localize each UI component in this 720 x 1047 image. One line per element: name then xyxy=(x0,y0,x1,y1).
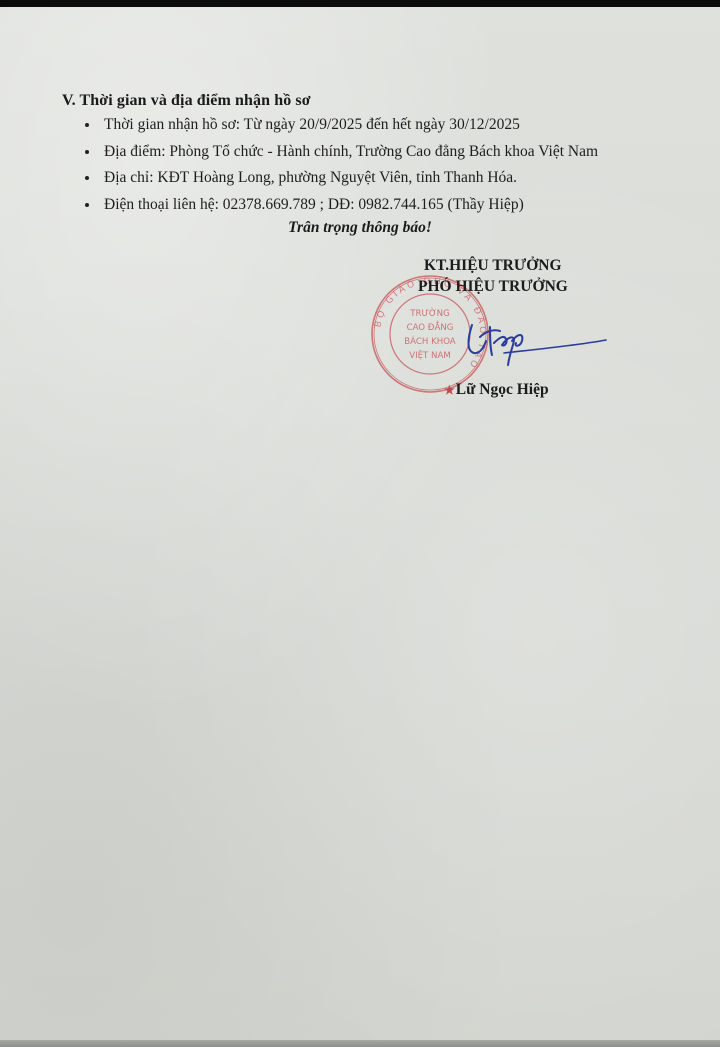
signature-block: BỘ GIÁO DỤC VÀ ĐÀO TẠO TRƯỜNG CAO ĐẲNG B… xyxy=(360,257,660,407)
bullet-icon xyxy=(85,203,89,207)
stamp-line: BÁCH KHOA xyxy=(404,335,456,347)
list-item-text: Điện thoại liên hệ: 02378.669.789 ; DĐ: … xyxy=(104,196,524,213)
list-item-location: Địa điểm: Phòng Tổ chức - Hành chính, Tr… xyxy=(82,142,598,169)
stamp-line: VIỆT NAM xyxy=(409,349,451,361)
document-page: V. Thời gian và địa điểm nhận hồ sơ Thời… xyxy=(0,7,720,1040)
section-title: V. Thời gian và địa điểm nhận hồ sơ xyxy=(62,92,311,110)
stamp-line: CAO ĐẲNG xyxy=(407,320,454,333)
list-item-receive-time: Thời gian nhận hồ sơ: Từ ngày 20/9/2025 … xyxy=(82,115,598,142)
handwritten-signature-icon xyxy=(460,307,610,367)
bullet-icon xyxy=(85,150,89,154)
star-icon: ★ xyxy=(444,383,455,397)
signer-name: ★Lữ Ngọc Hiệp xyxy=(444,381,549,399)
stamp-line: TRƯỜNG xyxy=(409,307,450,319)
list-item-text: Địa điểm: Phòng Tổ chức - Hành chính, Tr… xyxy=(104,143,598,160)
info-list: Thời gian nhận hồ sơ: Từ ngày 20/9/2025 … xyxy=(82,115,598,221)
bullet-icon xyxy=(85,123,89,127)
closing-remark: Trân trọng thông báo! xyxy=(0,219,720,237)
signature-title-line-1: KT.HIỆU TRƯỞNG xyxy=(424,257,562,275)
list-item-address: Địa chỉ: KĐT Hoàng Long, phường Nguyệt V… xyxy=(82,168,598,195)
paper-edge-shadow xyxy=(0,1040,720,1047)
signature-title-line-2: PHÓ HIỆU TRƯỞNG xyxy=(418,278,568,296)
list-item-text: Thời gian nhận hồ sơ: Từ ngày 20/9/2025 … xyxy=(104,116,520,133)
list-item-phone: Điện thoại liên hệ: 02378.669.789 ; DĐ: … xyxy=(82,195,598,222)
list-item-text: Địa chỉ: KĐT Hoàng Long, phường Nguyệt V… xyxy=(104,169,517,186)
bullet-icon xyxy=(85,176,89,180)
signer-name-text: Lữ Ngọc Hiệp xyxy=(456,381,549,398)
